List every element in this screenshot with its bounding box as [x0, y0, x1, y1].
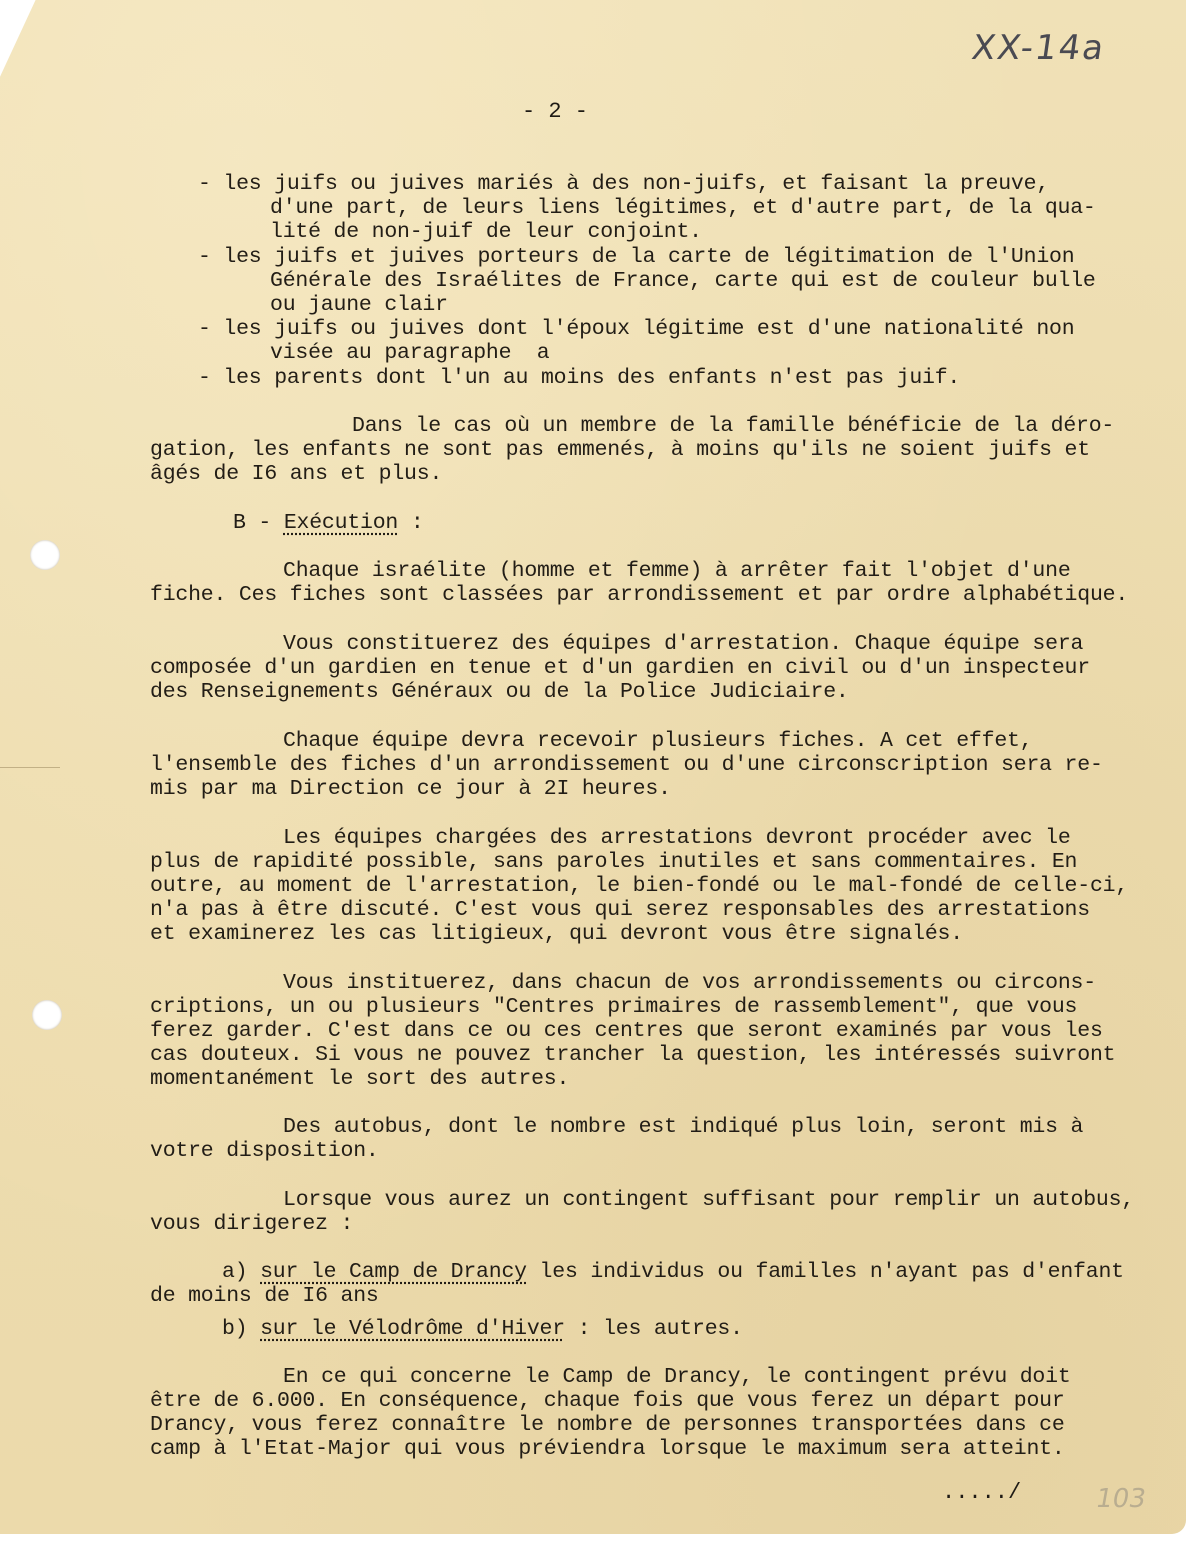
text-line: âgés de I6 ans et plus.	[150, 462, 442, 486]
paragraph-fiches: Chaque israélite (homme et femme) à arrê…	[283, 559, 1071, 583]
paragraph-directions: Lorsque vous aurez un contingent suffisa…	[283, 1188, 1134, 1212]
text-line: visée au paragraphe a	[270, 341, 549, 365]
item-text: : les autres.	[565, 1317, 743, 1341]
text-line: fiche. Ces fiches sont classées par arro…	[150, 583, 1128, 607]
section-letter: B -	[233, 511, 284, 535]
folio-number-pencil: 103	[1093, 1484, 1148, 1514]
text-line: et examinerez les cas litigieux, qui dev…	[150, 922, 963, 946]
list-item-ugif-card: - les juifs et juives porteurs de la car…	[198, 245, 1074, 269]
list-item-velodrome: b) sur le Vélodrôme d'Hiver : les autres…	[222, 1317, 743, 1341]
punch-hole-bottom	[32, 1000, 62, 1030]
paper-crease	[0, 767, 60, 768]
text-line: Générale des Israélites de France, carte…	[270, 269, 1096, 293]
paragraph-centres: Vous instituerez, dans chacun de vos arr…	[283, 971, 1096, 995]
list-item-drancy: a) sur le Camp de Drancy les individus o…	[222, 1260, 1124, 1284]
destination-drancy: sur le Camp de Drancy	[260, 1260, 527, 1284]
text-line: ferez garder. C'est dans ce ou ces centr…	[150, 1019, 1103, 1043]
text-line: plus de rapidité possible, sans paroles …	[150, 850, 1077, 874]
text-line: mis par ma Direction ce jour à 2I heures…	[150, 777, 671, 801]
text-line: gation, les enfants ne sont pas emmenés,…	[150, 438, 1090, 462]
section-title: Exécution	[284, 511, 398, 535]
paragraph-procedure: Les équipes chargées des arrestations de…	[283, 826, 1071, 850]
paragraph-drancy-quota: En ce qui concerne le Camp de Drancy, le…	[283, 1365, 1071, 1389]
text-line: être de 6.000. En conséquence, chaque fo…	[150, 1389, 1065, 1413]
page-number: - 2 -	[522, 99, 588, 124]
list-item-parents: - les parents dont l'un au moins des enf…	[198, 366, 960, 390]
text-line: cas douteux. Si vous ne pouvez trancher …	[150, 1043, 1115, 1067]
text-line: outre, au moment de l'arrestation, le bi…	[150, 874, 1128, 898]
text-line: vous dirigerez :	[150, 1212, 353, 1236]
item-text: les individus ou familles n'ayant pas d'…	[527, 1260, 1124, 1284]
section-colon: :	[398, 511, 423, 535]
text-line: l'ensemble des fiches d'un arrondissemen…	[150, 753, 1103, 777]
paragraph-distribution: Chaque équipe devra recevoir plusieurs f…	[283, 729, 1032, 753]
text-line: camp à l'Etat-Major qui vous préviendra …	[150, 1437, 1065, 1461]
document-page: XX-14a - 2 - - les juifs ou juives marié…	[0, 0, 1186, 1534]
text-line: ou jaune clair	[270, 293, 448, 317]
continuation-mark: ...../	[942, 1480, 1021, 1505]
text-line: lité de non-juif de leur conjoint.	[270, 220, 702, 244]
destination-velodrome: sur le Vélodrôme d'Hiver	[260, 1317, 565, 1341]
text-line: des Renseignements Généraux ou de la Pol…	[150, 680, 849, 704]
text-line: n'a pas à être discuté. C'est vous qui s…	[150, 898, 1090, 922]
list-item-spouse-nationality: - les juifs ou juives dont l'époux légit…	[198, 317, 1074, 341]
text-line: d'une part, de leurs liens légitimes, et…	[270, 196, 1096, 220]
text-line: composée d'un gardien en tenue et d'un g…	[150, 656, 1090, 680]
text-line: momentanément le sort des autres.	[150, 1067, 569, 1091]
list-item-mixed-marriage: - les juifs ou juives mariés à des non-j…	[198, 172, 1049, 196]
text-line: votre disposition.	[150, 1139, 379, 1163]
section-heading-execution: B - Exécution :	[233, 511, 424, 535]
text-line: Drancy, vous ferez connaître le nombre d…	[150, 1413, 1065, 1437]
item-letter: b)	[222, 1317, 260, 1341]
archive-reference-handwritten: XX-14a	[969, 28, 1108, 68]
paragraph-teams: Vous constituerez des équipes d'arrestat…	[283, 632, 1083, 656]
paragraph-buses: Des autobus, dont le nombre est indiqué …	[283, 1115, 1083, 1139]
punch-hole-top	[30, 540, 60, 570]
item-letter: a)	[222, 1260, 260, 1284]
paragraph-derogation: Dans le cas où un membre de la famille b…	[352, 414, 1114, 438]
text-line: de moins de I6 ans	[150, 1284, 379, 1308]
text-line: criptions, un ou plusieurs "Centres prim…	[150, 995, 1077, 1019]
